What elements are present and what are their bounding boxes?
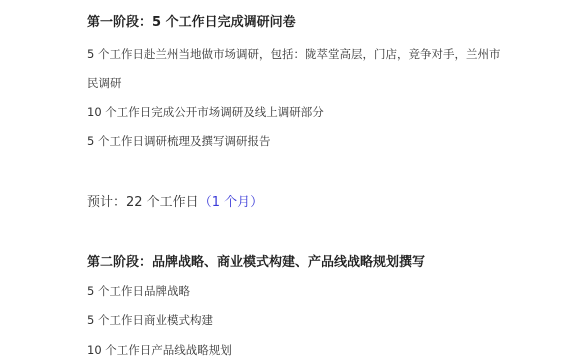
phase1-heading: 第一阶段：5 个工作日完成调研问卷 (87, 11, 296, 30)
phase2-item-1: 5 个工作日品牌战略 (87, 283, 190, 299)
phase2-heading: 第二阶段：品牌战略、商业模式构建、产品线战略规划撰写 (87, 251, 425, 270)
phase1-item-1: 5 个工作日赴兰州当地做市场调研，包括：陇萃堂高层，门店，竞争对手，兰州市 (87, 46, 500, 62)
phase1-item-3: 5 个工作日调研梳理及撰写调研报告 (87, 133, 270, 149)
estimate-note: （1 个月） (199, 195, 263, 210)
phase2-item-2: 5 个工作日商业模式构建 (87, 312, 213, 328)
phase1-estimate: 预计：22 个工作日（1 个月） (87, 191, 263, 210)
phase2-item-3: 10 个工作日产品线战略规划 (87, 342, 232, 358)
estimate-label: 预计：22 个工作日 (87, 195, 199, 210)
phase1-item-2: 10 个工作日完成公开市场调研及线上调研部分 (87, 104, 324, 120)
phase1-item-1-cont: 民调研 (87, 75, 122, 91)
